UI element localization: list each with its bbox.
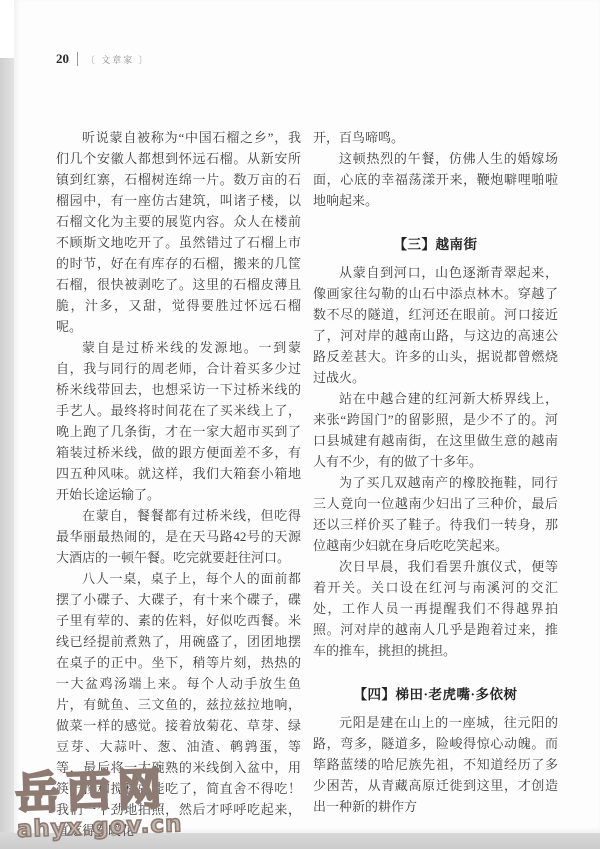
paragraph: 蒙自是过桥米线的发源地。一到蒙自，我与同行的周老师，合计着买多少过桥米线带回去，… [56, 337, 301, 505]
left-column: 听说蒙自被称为“中国石榴之乡”，我们几个安徽人都想到怀远石榴。从新安所镇到红寨，… [56, 127, 301, 841]
page-header: 20 〔 文章家 〕 [56, 50, 150, 68]
paragraph: 听说蒙自被称为“中国石榴之乡”，我们几个安徽人都想到怀远石榴。从新安所镇到红寨，… [56, 127, 301, 337]
page-number: 20 [56, 51, 69, 67]
paragraph-continuation: 开，百鸟啼鸣。 [313, 127, 558, 148]
paragraph: 八人一桌，桌子上，每个人的面前都摆了小碟子、大碟子，有十来个碟子，碟子里有荤的、… [56, 568, 301, 841]
paragraph: 在蒙自，餐餐都有过桥米线，但吃得最华丽最热闹的，是在天马路42号的天源大酒店的一… [56, 505, 301, 568]
section-heading-terraces: 【四】梯田·老虎嘴·多依树 [313, 684, 558, 705]
section-label: 〔 文章家 〕 [86, 53, 150, 66]
scanned-page: 20 〔 文章家 〕 听说蒙自被称为“中国石榴之乡”，我们几个安徽人都想到怀远石… [14, 0, 600, 833]
scan-desk-edge-left [0, 58, 14, 849]
header-divider [77, 52, 78, 66]
paragraph: 站在中越合建的红河新大桥界线上，来张“跨国门”的留影照，是少不了的。河口县城建有… [313, 388, 558, 472]
section-heading-vietnam-street: 【三】越南街 [313, 234, 558, 255]
right-column: 开，百鸟啼鸣。 这顿热烈的午餐，仿佛人生的婚嫁场面，心底的幸福荡漾开来，鞭炮噼哩… [313, 127, 558, 841]
text-columns: 听说蒙自被称为“中国石榴之乡”，我们几个安徽人都想到怀远石榴。从新安所镇到红寨，… [56, 127, 558, 841]
paragraph: 这顿热烈的午餐，仿佛人生的婚嫁场面，心底的幸福荡漾开来，鞭炮噼哩啪啦地响起来。 [313, 148, 558, 211]
paragraph: 次日早晨，我们看罢升旗仪式，便等着开关。关口设在红河与南溪河的交汇处，工作人员一… [313, 556, 558, 661]
paragraph: 元阳是建在山上的一座城，往元阳的路，弯多，隧道多，险峻得惊心动魄。而筚路蓝缕的哈… [313, 712, 558, 817]
paragraph: 从蒙自到河口，山色逐渐青翠起来，像画家往勾勒的山石中添点林木。穿越了数不尽的隧道… [313, 262, 558, 388]
paragraph: 为了买几双越南产的橡胶拖鞋，同行三人竟向一位越南少妇出了三种价，最后还以三样价买… [313, 472, 558, 556]
